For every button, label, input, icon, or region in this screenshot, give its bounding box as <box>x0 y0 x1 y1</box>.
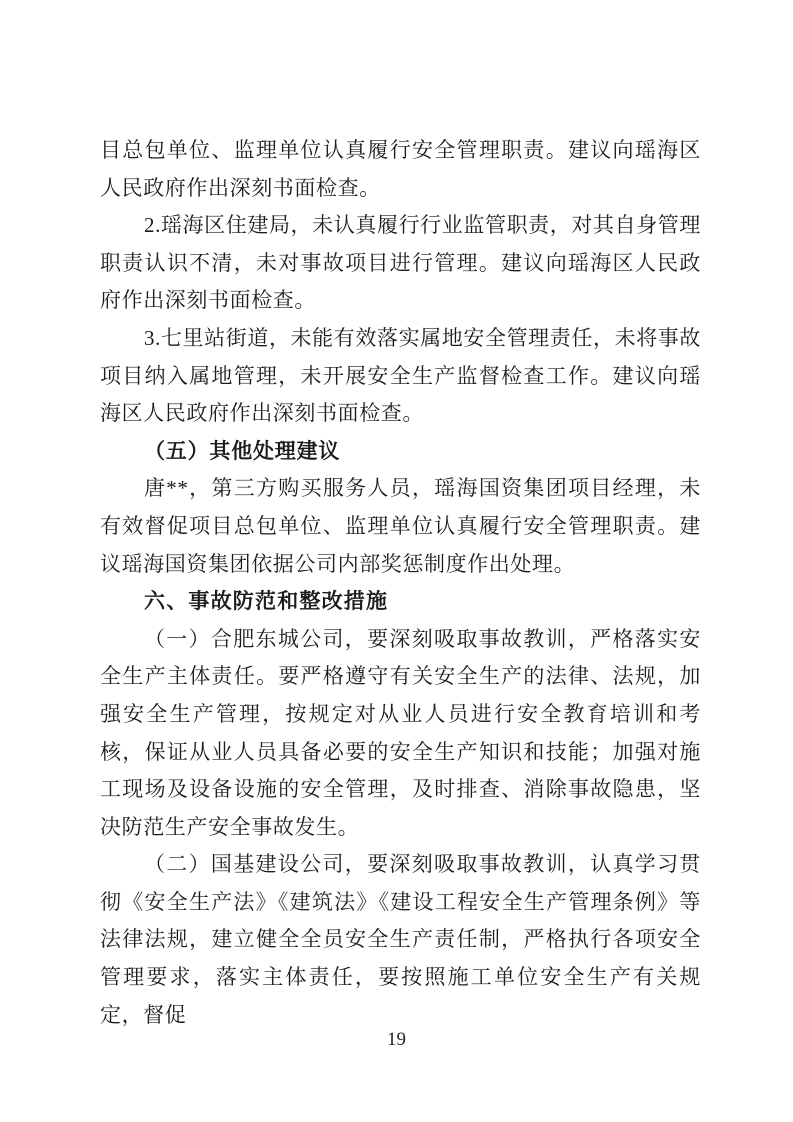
document-page: 目总包单位、监理单位认真履行安全管理职责。建议向瑶海区人民政府作出深刻书面检查。… <box>0 0 793 1122</box>
paragraph-item-3-qilizhan-subdistrict: 3.七里站街道，未能有效落实属地安全管理责任，未将事故项目纳入属地管理，未开展安… <box>100 320 701 433</box>
paragraph-continuation-project-contractor: 目总包单位、监理单位认真履行安全管理职责。建议向瑶海区人民政府作出深刻书面检查。 <box>100 132 701 207</box>
paragraph-measure-1-hefei-dongcheng: （一）合肥东城公司，要深刻吸取事故教训，严格落实安全生产主体责任。要严格遵守有关… <box>100 621 701 847</box>
heading-five-other-handling-recommendations: （五）其他处理建议 <box>100 433 701 471</box>
paragraph-tang-project-manager: 唐**，第三方购买服务人员，瑶海国资集团项目经理，未有效督促项目总包单位、监理单… <box>100 470 701 583</box>
paragraph-measure-2-guoji-construction: （二）国基建设公司，要深刻吸取事故教训，认真学习贯彻《安全生产法》《建筑法》《建… <box>100 846 701 1034</box>
page-footer: 19 <box>0 1028 793 1052</box>
paragraph-item-2-yaohai-housing-bureau: 2.瑶海区住建局，未认真履行行业监管职责，对其自身管理职责认识不清，未对事故项目… <box>100 207 701 320</box>
document-body: 目总包单位、监理单位认真履行安全管理职责。建议向瑶海区人民政府作出深刻书面检查。… <box>100 132 701 1034</box>
heading-six-accident-prevention-measures: 六、事故防范和整改措施 <box>100 583 701 621</box>
page-number: 19 <box>387 1029 406 1050</box>
